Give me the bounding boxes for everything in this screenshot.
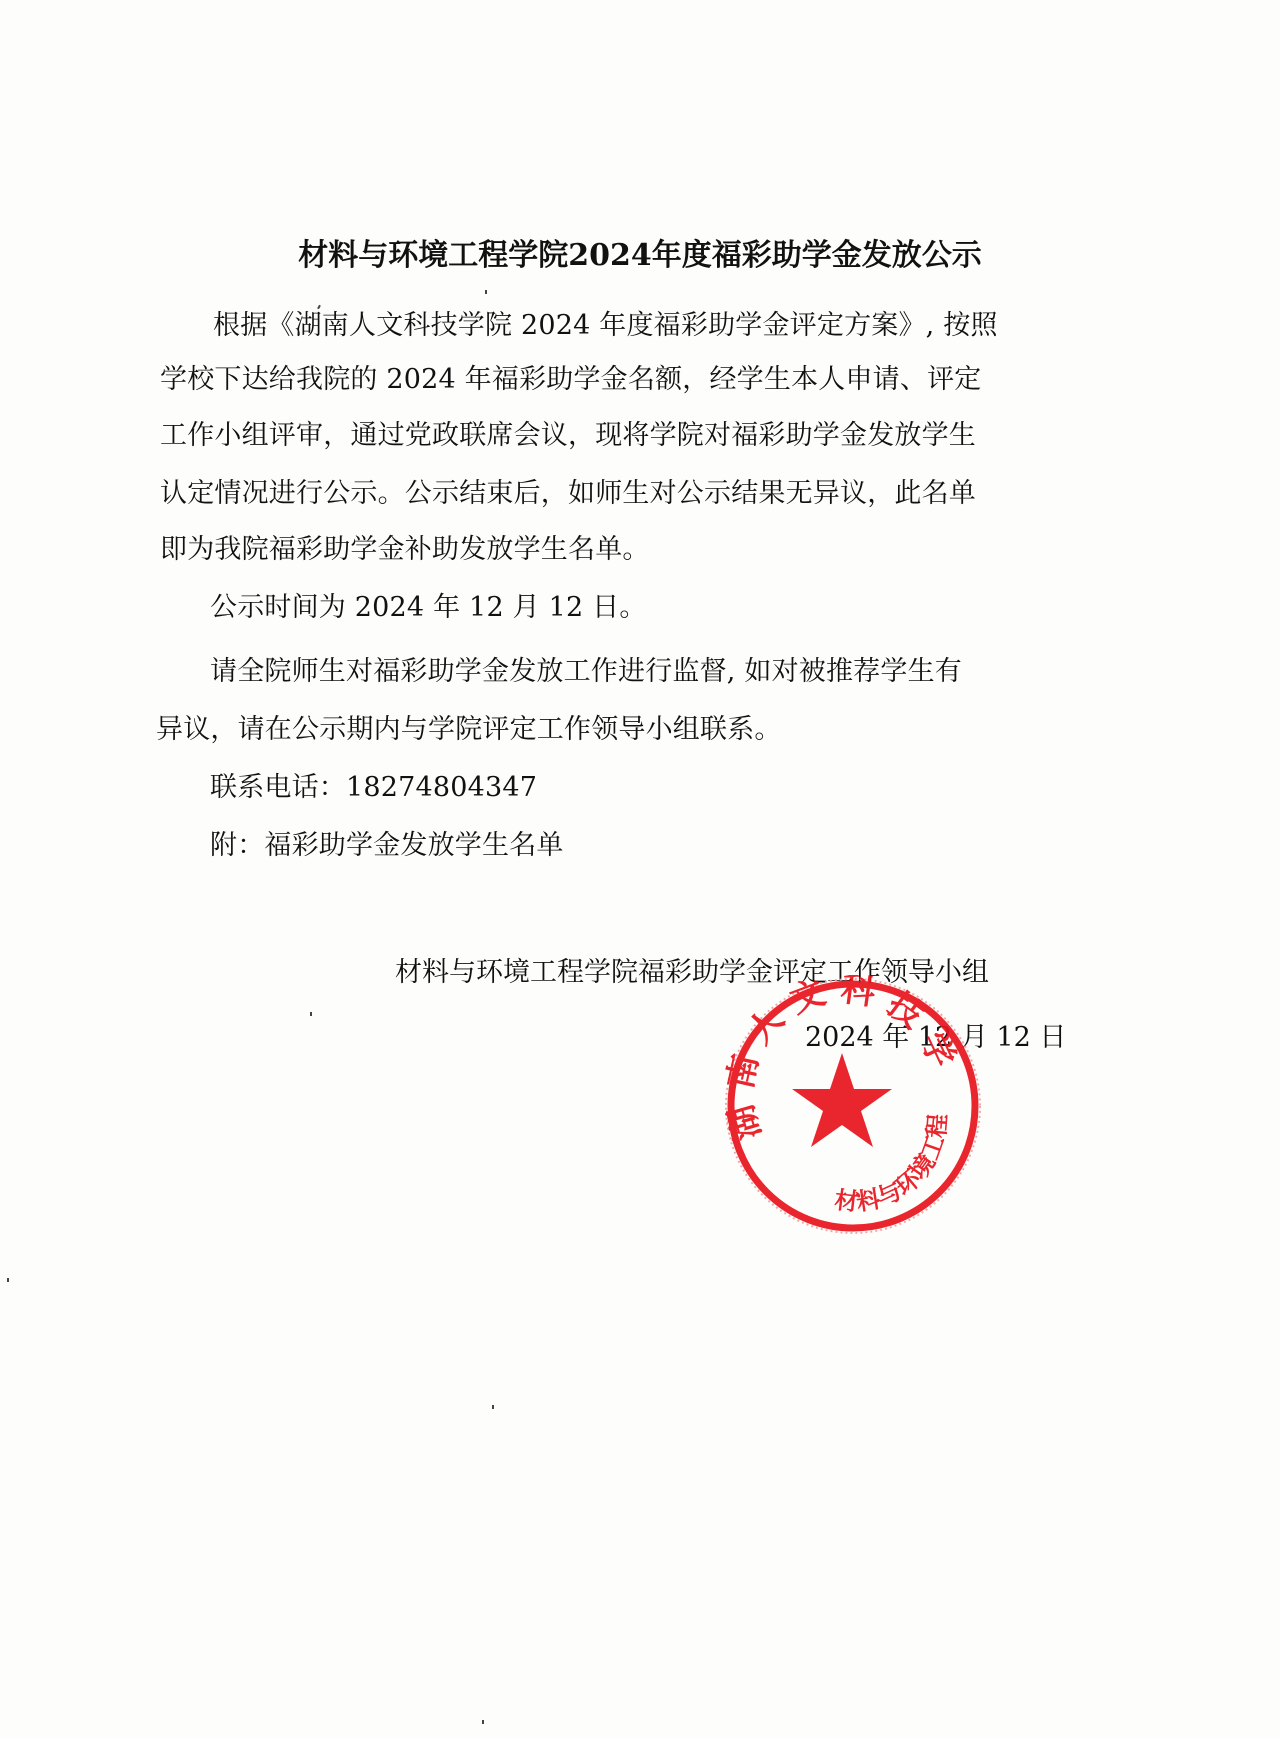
scan-speck [492,1405,494,1409]
seal-outer-text: 湖 南 人 文 科 技 学 院 [722,975,966,1144]
seal-inner-text: 材料与环境工程学院 [722,975,952,1216]
issuer-signature: 材料与环境工程学院福彩助学金评定工作领导小组 [395,955,989,991]
scan-speck [485,290,487,294]
svg-text:湖 南 人 文 科 技 学 院: 湖 南 人 文 科 技 学 院 [722,975,966,1144]
scan-speck [482,1720,484,1724]
signature-date: 2024 年 12 月 12 日 [805,1020,1066,1056]
scan-speck [7,1278,9,1282]
svg-text:材料与环境工程学院: 材料与环境工程学院 [722,975,952,1216]
paragraph-3-line-1: 请全院师生对福彩助学金发放工作进行监督, 如对被推荐学生有 [210,654,962,690]
scan-speck [310,1012,312,1016]
paragraph-1-line-4: 认定情况进行公示。公示结束后，如师生对公示结果无异议，此名单 [160,476,976,512]
document-page: 材料与环境工程学院2024年度福彩助学金发放公示 根据《湖南人文科技学院 202… [0,0,1280,1739]
paragraph-1-line-1: 根据《湖南人文科技学院 2024 年度福彩助学金评定方案》, 按照 [213,308,998,344]
official-seal-icon: 湖 南 人 文 科 技 学 院 材料与环境工程学院 [722,975,984,1237]
paragraph-3-line-2: 异议，请在公示期内与学院评定工作领导小组联系。 [156,712,782,748]
attachment-note: 附：福彩助学金发放学生名单 [210,828,564,864]
paragraph-1-line-2: 学校下达给我院的 2024 年福彩助学金名额，经学生本人申请、评定 [160,362,981,398]
contact-phone: 联系电话：18274804347 [210,770,537,806]
paragraph-1-line-3: 工作小组评审，通过党政联席会议，现将学院对福彩助学金发放学生 [160,418,976,454]
paragraph-1-line-5: 即为我院福彩助学金补助发放学生名单。 [160,532,650,568]
star-icon [792,1053,892,1147]
document-title: 材料与环境工程学院2024年度福彩助学金发放公示 [0,236,1280,276]
publicity-period-line: 公示时间为 2024 年 12 月 12 日。 [210,590,647,626]
